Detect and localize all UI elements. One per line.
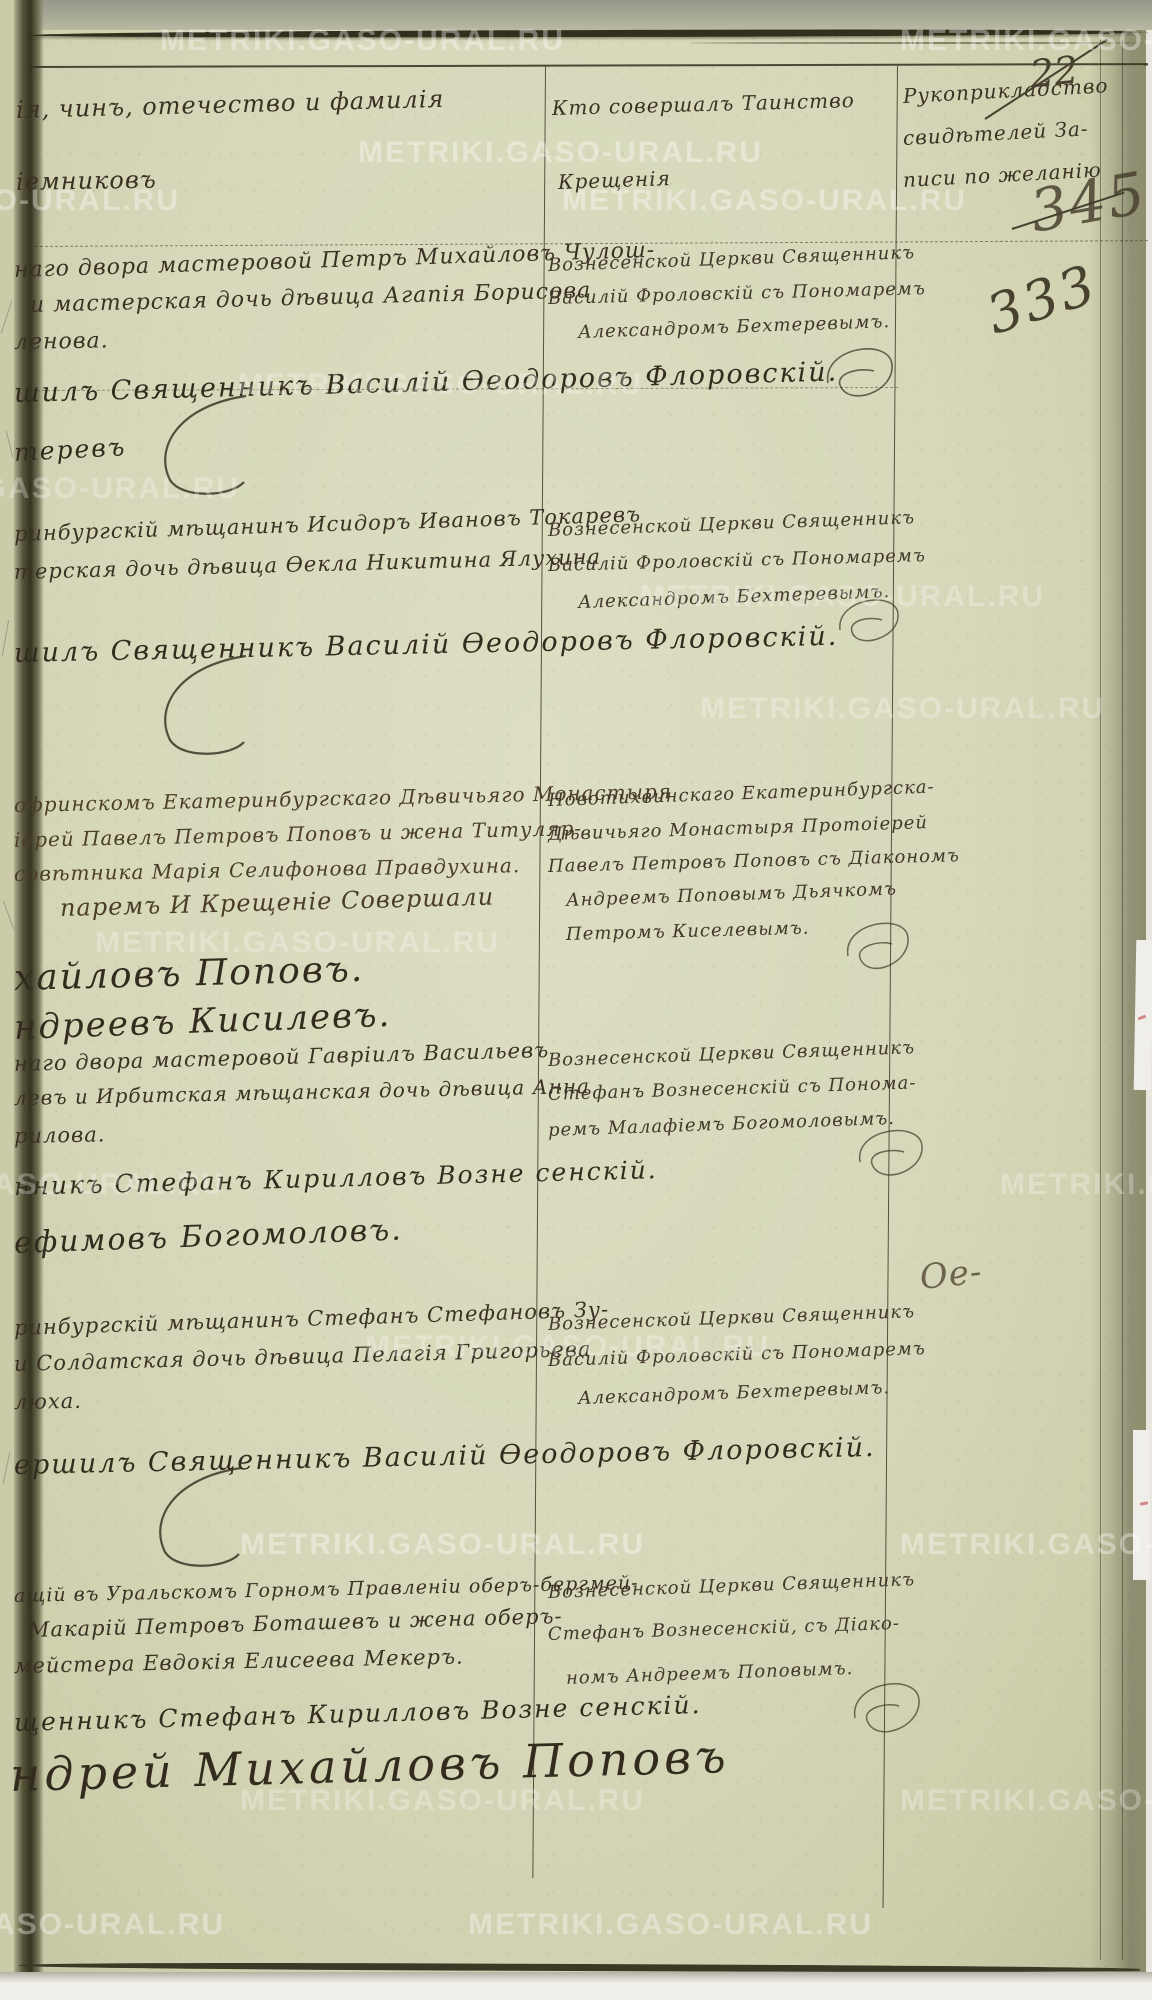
watermark-text: METRIKI.GASO-URAL.RU [900, 1528, 1152, 1562]
watermark-text: METRIKI.GASO-URAL.RU [700, 692, 1105, 726]
watermark-text: METRIKI.GASO-URAL.RU [238, 368, 643, 402]
watermark-text: METRIKI.GASO-URAL.RU [0, 184, 180, 218]
entry-4-col1-line-3: рилова. [14, 1122, 106, 1148]
watermark-text: METRIKI.GASO-URAL.RU [365, 1330, 770, 1364]
metric-book-scan: ія, чинъ, отечество и фамилія іемниковъ … [0, 0, 1152, 2000]
ink-flourish [840, 910, 922, 992]
watermark-text: METRIKI.GASO-URAL.RU [640, 580, 1045, 614]
watermark-text: METRIKI.GASO-URAL.RU [240, 1528, 645, 1562]
ink-flourish [850, 1118, 940, 1198]
scan-background-bottom [0, 1972, 1152, 2000]
ink-swash [150, 652, 270, 764]
fold-crease-line [1122, 40, 1123, 1960]
ink-flourish [845, 1668, 935, 1758]
watermark-text: METRIKI.GASO-URAL.RU [1000, 1168, 1152, 1202]
fold-crease-line [1100, 40, 1101, 1960]
watermark-text: METRIKI.GASO-URAL.RU [0, 472, 240, 506]
watermark-text: METRIKI.GASO-URAL.RU [160, 24, 565, 58]
watermark-text: METRIKI.GASO-URAL.RU [900, 24, 1152, 58]
entry-1-col1-line-3: ленова. [14, 328, 109, 355]
watermark-text: METRIKI.GASO-URAL.RU [562, 184, 967, 218]
entry-5-col1-line-3: люха. [14, 1389, 82, 1414]
watermark-text: METRIKI.GASO-URAL.RU [240, 1784, 645, 1818]
margin-mark: Ое- [918, 1252, 984, 1298]
watermark-text: METRIKI.GASO-URAL.RU [95, 926, 500, 960]
ink-flourish [818, 335, 910, 417]
watermark-text: METRIKI.GASO-URAL.RU [0, 1168, 225, 1202]
watermark-text: METRIKI.GASO-URAL.RU [358, 136, 763, 170]
entry-1-ponomar-signature: теревъ [13, 432, 127, 467]
watermark-text: METRIKI.GASO-URAL.RU [468, 1908, 873, 1942]
watermark-text: METRIKI.GASO-URAL.RU [0, 1908, 225, 1942]
watermark-text: METRIKI.GASO-URAL.RU [900, 1784, 1152, 1818]
